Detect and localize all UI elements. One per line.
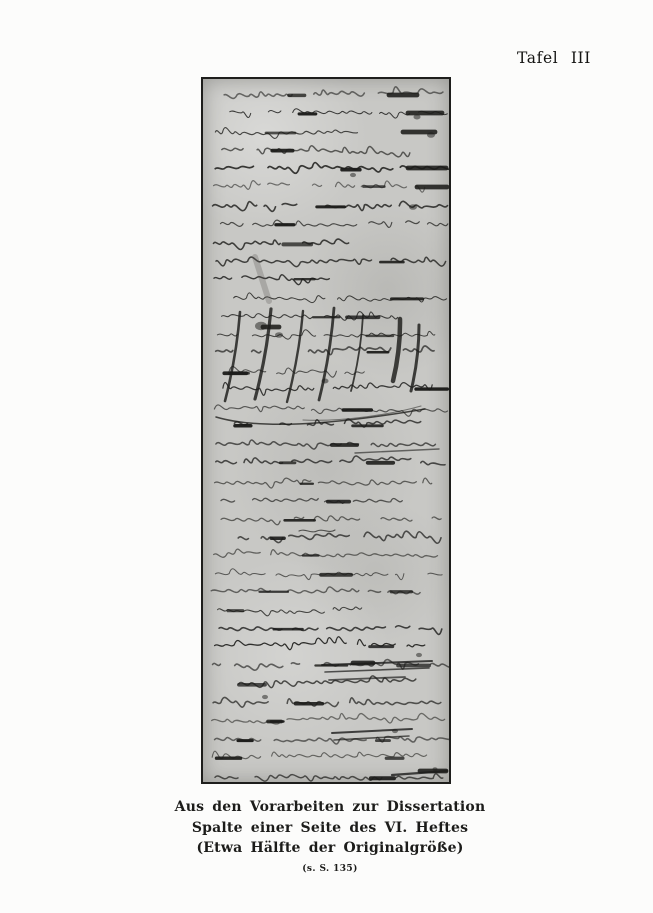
plate-label: Tafel III bbox=[517, 49, 591, 67]
manuscript-photo bbox=[201, 77, 451, 784]
book-page: Tafel III Aus den Vorarbeiten zur Disser… bbox=[0, 0, 653, 913]
handwriting-svg bbox=[203, 79, 449, 782]
caption-line-3: (Etwa Hälfte der Originalgröße) bbox=[160, 838, 500, 859]
figure-caption: Aus den Vorarbeiten zur Dissertation Spa… bbox=[160, 797, 500, 874]
caption-line-1: Aus den Vorarbeiten zur Dissertation bbox=[160, 797, 500, 818]
caption-page-reference: (s. S. 135) bbox=[160, 864, 500, 874]
caption-line-2: Spalte einer Seite des VI. Heftes bbox=[160, 818, 500, 839]
